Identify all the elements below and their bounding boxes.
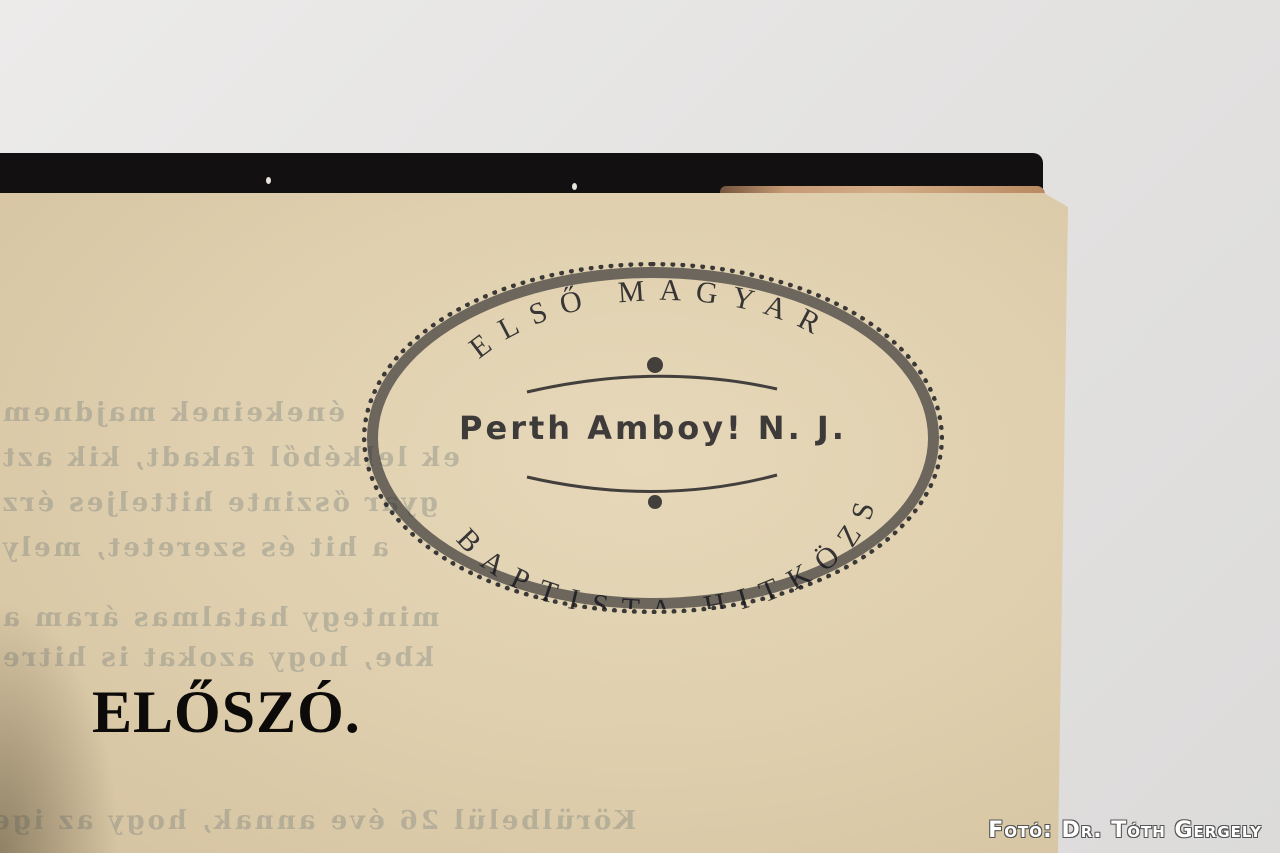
page-heading: ELŐSZÓ. (92, 678, 361, 747)
bleed-through-line: kbe, hogy azokat is hitre (0, 643, 960, 673)
ornament-flourish-bottom (648, 495, 662, 509)
cover-fleck (572, 183, 577, 190)
ornament-flourish-top (647, 357, 663, 373)
stamp-center-text: Perth Amboy! N. J. (367, 409, 939, 447)
photo-credit: Fotó: Dr. Tóth Gergely (988, 818, 1262, 843)
bleed-through-line: Körülbelül 26 éve annak, hogy az igen sz… (0, 806, 840, 836)
stamp-top-text: ELSŐ MAGYAR (463, 274, 838, 365)
ornament-top (527, 376, 777, 392)
oval-ink-stamp: ELSŐ MAGYAR BAPTISTA HITKÖZSÉG Perth Amb… (362, 262, 944, 614)
cover-fleck (266, 177, 271, 184)
svg-text:ELSŐ MAGYAR: ELSŐ MAGYAR (463, 274, 838, 365)
ornament-bottom (527, 475, 777, 492)
